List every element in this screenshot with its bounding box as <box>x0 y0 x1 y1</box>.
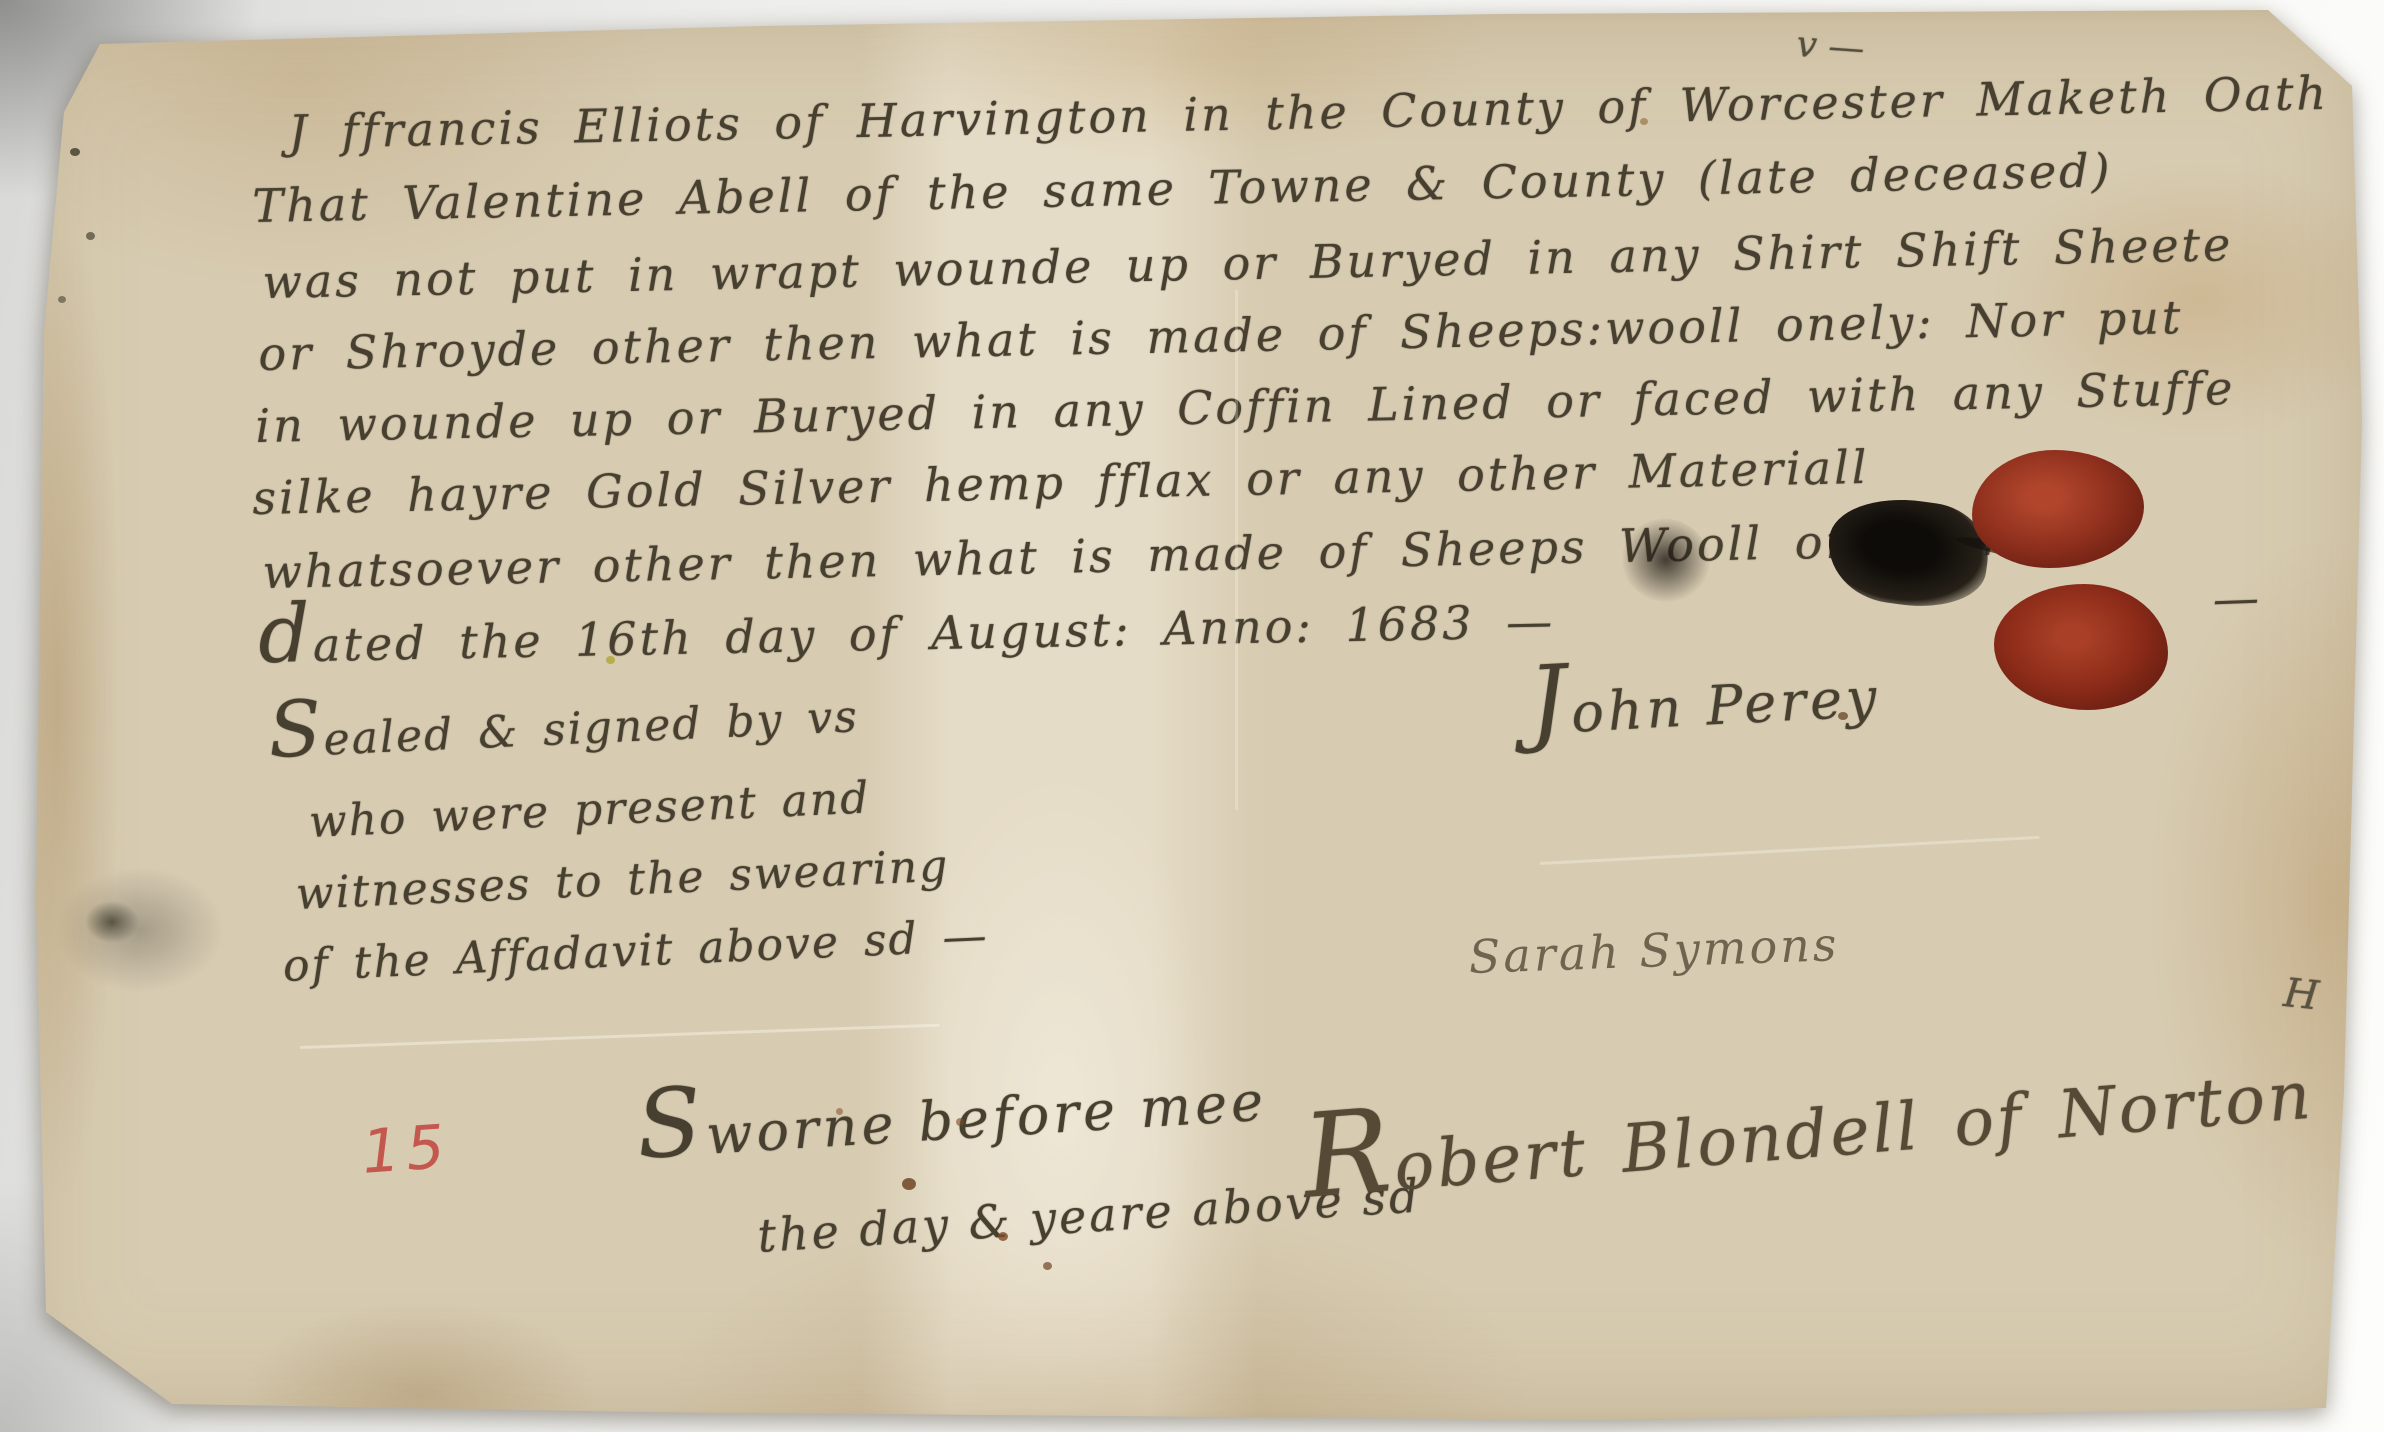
oath-text-line-7: whatsoever other then what is made of Sh… <box>262 514 2008 596</box>
stain-speck <box>58 296 66 303</box>
right-edge-pen-mark: H <box>2282 972 2321 1017</box>
signature-robert-blondell: Robert Blondell of Norton Vic <box>1302 1049 2384 1209</box>
oath-text-line-3: was not put in wrapt wounde up or Buryed… <box>262 220 2234 306</box>
stain-speck <box>902 1178 916 1190</box>
catalog-number-red: 15 <box>360 1116 453 1185</box>
oath-text-line-1: J ffrancis Elliots of Harvington in the … <box>288 69 2329 156</box>
stain-speck <box>998 1232 1008 1241</box>
document-paper: J ffrancis Elliots of Harvington in the … <box>0 0 2384 1432</box>
top-right-pen-mark: v — <box>1795 26 1865 68</box>
stain-speck <box>1043 1262 1052 1270</box>
witness-block-line-4: of the Affadavit above sd — <box>282 913 989 990</box>
oath-text-line-5: in wounde up or Buryed in any Coffin Lin… <box>255 364 2236 450</box>
stain-speck <box>1838 712 1848 720</box>
sworn-line-1: Sworne before mee <box>636 1074 1269 1169</box>
oath-text-line-8-date: dated the 16th day of August: Anno: 1683… <box>258 597 1556 670</box>
yellow-speck <box>606 656 615 664</box>
stain-speck <box>836 1108 843 1115</box>
paper-crease <box>300 1024 940 1049</box>
paper-crease <box>1235 290 1238 810</box>
stain-speck <box>86 232 95 240</box>
paper-crease <box>1540 836 2039 865</box>
oath-text-line-6: silke hayre Gold Silver hemp fflax or an… <box>252 443 1870 522</box>
large-ink-blot <box>1821 489 1994 615</box>
photograph-of-document: J ffrancis Elliots of Harvington in the … <box>0 0 2384 1432</box>
oath-text-line-4: or Shroyde other then what is made of Sh… <box>258 293 2184 378</box>
signature-john-perey: John Perey <box>1528 670 1882 745</box>
paper-shadow-wrap: J ffrancis Elliots of Harvington in the … <box>0 0 2384 1432</box>
date-line-extra-dash: — <box>2212 573 2260 623</box>
wax-seal-lower <box>1994 584 2168 710</box>
stain-speck <box>956 1118 964 1126</box>
wax-seal-upper <box>1972 450 2144 568</box>
oath-text-line-2: That Valentine Abell of the same Towne &… <box>252 146 2113 230</box>
witness-block-line-1: Sealed & signed by vs <box>268 694 860 766</box>
stain-speck <box>1640 118 1648 125</box>
witness-block-line-3: witnesses to the swearing <box>295 843 950 918</box>
witness-block-line-2: who were present and <box>308 775 871 846</box>
signature-sarah-symons: Sarah Symons <box>1468 920 1840 981</box>
stain-speck <box>70 148 80 156</box>
